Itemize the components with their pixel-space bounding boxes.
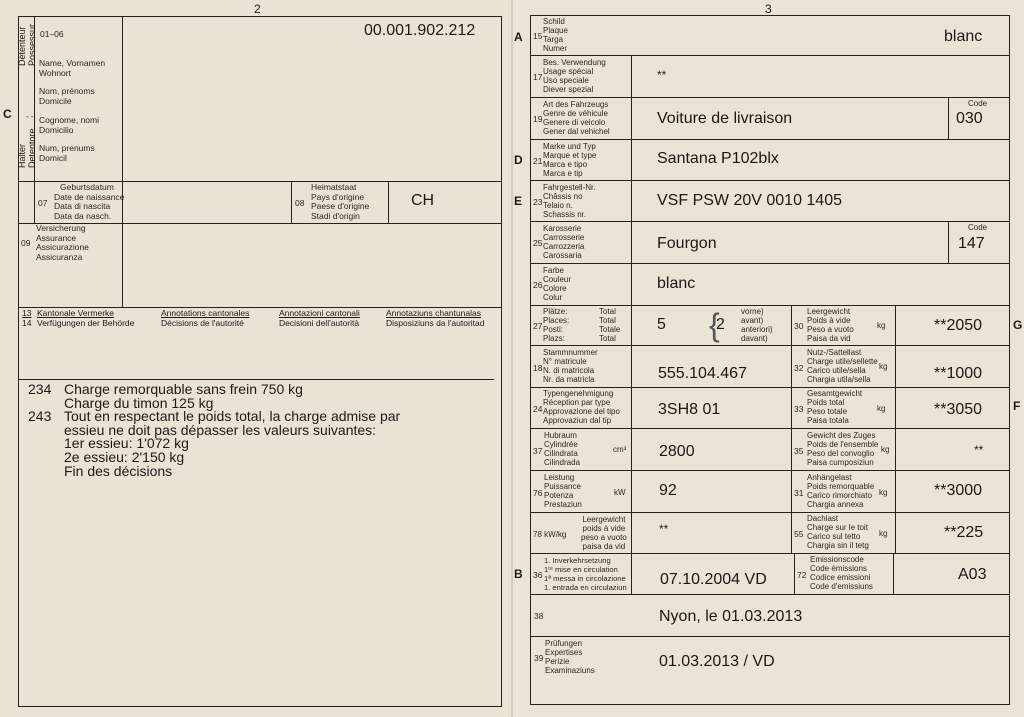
form-code: 01–06: [40, 30, 64, 40]
field-number: 32: [794, 363, 803, 373]
field-76-labels: LeistungPuissancePotenzaPrestaziun: [544, 473, 582, 509]
vehicle-type-code: 030: [956, 110, 983, 128]
holder-label-fr: Nom, prénomsDomicile: [39, 87, 95, 106]
page-number-right: 3: [765, 2, 772, 16]
field-number: 37: [533, 446, 542, 456]
divider: [794, 553, 795, 594]
empty-weight-value: **2050: [934, 317, 982, 335]
divider: [34, 181, 35, 223]
field-number: 31: [794, 488, 803, 498]
unit-label: cm³: [613, 445, 626, 454]
margin-letter-e: E: [514, 194, 522, 208]
code-label: Code: [968, 99, 987, 108]
divider: [530, 553, 1010, 554]
field-number: 25: [533, 238, 542, 248]
unit-label: kg: [879, 362, 887, 371]
divider: [530, 512, 1010, 513]
page-number-left: 2: [254, 2, 261, 16]
field-24-labels: TypengenehmigungRéception par typeApprov…: [543, 389, 620, 425]
field-number: 18: [533, 363, 542, 373]
combination-weight-value: **: [974, 443, 983, 457]
displacement-value: 2800: [659, 443, 695, 461]
separator-marks: - -: [26, 112, 34, 121]
divider: [18, 223, 502, 224]
page-fold: [511, 0, 513, 717]
divider: [122, 16, 123, 182]
divider: [631, 55, 632, 594]
field-27-totals: TotalTotalTotaleTotal: [599, 307, 620, 343]
decisions-list: 234Charge remorquable sans frein 750 kg …: [28, 383, 400, 478]
field-number: 15: [533, 31, 542, 41]
inspection-value: 01.03.2013 / VD: [659, 653, 775, 671]
seats-total-value: 5: [657, 316, 666, 334]
divider: [530, 139, 1010, 140]
unit-label: kW: [614, 488, 626, 497]
field-21-labels: Marke und TypMarque et typeMarca e tipoM…: [543, 142, 596, 178]
divider: [895, 305, 896, 553]
field-number: 23: [533, 197, 542, 207]
divider: [530, 263, 1010, 264]
field-23-labels: Fahrgestell-Nr.Châssis noTelaio n.Schass…: [543, 183, 595, 219]
divider: [530, 180, 1010, 181]
margin-letter-d: D: [514, 153, 523, 167]
field-19-labels: Art des FahrzeugsGenre de véhiculeGenere…: [543, 100, 610, 136]
field-35-labels: Gewicht des ZugesPoids de l'ensemblePeso…: [807, 431, 878, 467]
field-32-labels: Nutz-/SattellastCharge utile/selletteCar…: [807, 348, 878, 384]
field-31-labels: AnhängelastPoids remorquableCarico rimor…: [807, 473, 874, 509]
field-number: 33: [794, 404, 803, 414]
field-72-labels: EmissionscodeCode émissionsCodice emissi…: [810, 555, 873, 591]
divider: [122, 223, 123, 307]
field-number: 09: [21, 238, 30, 248]
field-number: 27: [533, 321, 542, 331]
divider: [18, 379, 494, 380]
divider: [530, 221, 1010, 222]
field-78-labels: Leergewichtpoids à videpeso a vuotopaisa…: [581, 515, 627, 551]
body-type-code: 147: [958, 235, 985, 253]
field-number: 07: [38, 198, 47, 208]
field-08-labels: HeimatstaatPays d'originePaese d'origine…: [311, 183, 369, 221]
annotations-it: Annotazioni cantonaliDecisioni dell'auto…: [279, 309, 360, 328]
field-30-labels: LeergewichtPoids à videPeso a vuotoPaisa…: [807, 307, 854, 343]
field-09-labels: VersicherungAssuranceAssicurazioneAssicu…: [36, 224, 89, 262]
field-number: 19: [533, 114, 542, 124]
unit-label: kg: [877, 404, 885, 413]
divider: [530, 97, 1010, 98]
field-number: 35: [794, 446, 803, 456]
field-27-front-labels: vorne)avant)anteriori)davant): [741, 307, 773, 343]
document-number: 00.001.902.212: [364, 22, 475, 40]
field-number: 38: [534, 611, 543, 621]
holder-label-de: Name, VornamenWohnort: [39, 59, 105, 78]
field-number: 08: [295, 198, 304, 208]
vertical-label-detenteur: DétenteurPossessur: [18, 24, 37, 66]
chassis-number-value: VSF PSW 20V 0010 1405: [657, 192, 842, 210]
towing-weight-value: **3000: [934, 482, 982, 500]
plate-value: blanc: [944, 28, 982, 46]
issue-place-date-value: Nyon, le 01.03.2013: [659, 608, 802, 626]
field-number: 39: [534, 653, 543, 663]
first-registration-value: 07.10.2004 VD: [660, 571, 767, 589]
annotations-numbers: 1314: [22, 309, 31, 328]
holder-label-it: Cognome, nomiDomicilio: [39, 116, 99, 135]
divider: [948, 221, 949, 263]
field-number: 21: [533, 156, 542, 166]
body-type-value: Fourgon: [657, 235, 717, 253]
divider: [530, 428, 1010, 429]
divider: [530, 594, 1010, 595]
divider: [388, 181, 389, 223]
decision-line: Fin des décisions: [28, 465, 400, 479]
divider: [530, 387, 1010, 388]
field-number: 76: [533, 488, 542, 498]
vehicle-type-value: Voiture de livraison: [657, 110, 792, 128]
registration-number-value: 555.104.467: [658, 365, 747, 383]
divider: [291, 181, 292, 223]
unit-label: kg: [879, 488, 887, 497]
divider: [530, 55, 1010, 56]
power-weight-ratio-value: **: [659, 522, 668, 536]
field-37-labels: HubraumCylindréeCilindrataCilindrada: [544, 431, 580, 467]
margin-letter-a: A: [514, 30, 523, 44]
annotations-rm: Annotaziuns chantunalasDisposiziuns da l…: [386, 309, 484, 328]
seats-front-value: 2: [716, 316, 725, 334]
field-number: 26: [533, 280, 542, 290]
vertical-label-halter: HalterDetentore: [18, 128, 37, 168]
unit-label: kg: [879, 529, 887, 538]
emissions-code-value: A03: [958, 566, 986, 584]
field-15-labels: SchildPlaqueTargaNumer: [543, 17, 568, 53]
field-55-labels: DachlastCharge sur le toitCarico sul tet…: [807, 514, 869, 550]
type-approval-value: 3SH8 01: [658, 401, 720, 419]
field-18-labels: StammnummerN° matriculeN. di matricolaNr…: [543, 348, 598, 384]
field-number: 72: [797, 570, 806, 580]
divider: [530, 345, 1010, 346]
country-of-origin-value: CH: [411, 192, 434, 210]
field-25-labels: KarosserieCarrosserieCarrozzeriaCarossar…: [543, 224, 584, 260]
field-36-labels: 1. Inverkehrsetzung1ʳᵉ mise en circulati…: [544, 556, 627, 592]
field-number: 24: [533, 404, 542, 414]
margin-letter-g: G: [1013, 318, 1022, 332]
make-model-value: Santana P102blx: [657, 150, 779, 168]
power-value: 92: [659, 482, 677, 500]
field-17-labels: Bes. VerwendungUsage spécialUso speciale…: [543, 58, 606, 94]
field-27-labels: Plätze:Places:Posti:Plazs:: [543, 307, 569, 343]
payload-value: **1000: [934, 365, 982, 383]
annotations-fr: Annotations cantonalesDécisions de l'aut…: [161, 309, 249, 328]
margin-letter-c: C: [3, 107, 12, 121]
total-weight-value: **3050: [934, 401, 982, 419]
field-number: 36: [533, 570, 542, 580]
unit-label: kg: [877, 321, 885, 330]
divider: [530, 305, 1010, 306]
margin-letter-f: F: [1013, 399, 1020, 413]
field-39-labels: PrüfungenExpertisesPerizieExaminaziuns: [545, 639, 595, 675]
field-78-number-unit: 78 kW/kg: [533, 530, 566, 539]
field-26-labels: FarbeCouleurColoreColur: [543, 266, 571, 302]
field-number: 55: [794, 529, 803, 539]
code-label: Code: [968, 223, 987, 232]
divider: [791, 305, 792, 553]
holder-label-rm: Num, prenumsDomicil: [39, 144, 95, 163]
field-number: 17: [533, 72, 542, 82]
field-07-labels: GeburtsdatumDate de naissanceData di nas…: [54, 183, 124, 221]
divider: [893, 553, 894, 594]
annotations-de: Kantonale VermerkeVerfügungen der Behörd…: [37, 309, 134, 328]
divider: [530, 470, 1010, 471]
divider: [948, 97, 949, 139]
field-number: 30: [794, 321, 803, 331]
divider: [530, 636, 1010, 637]
color-value: blanc: [657, 275, 695, 293]
margin-letter-b: B: [514, 567, 523, 581]
field-33-labels: GesamtgewichtPoids totalPeso totalePaisa…: [807, 389, 862, 425]
special-use-value: **: [657, 68, 666, 82]
unit-label: kg: [881, 445, 889, 454]
roof-load-value: **225: [944, 524, 983, 542]
